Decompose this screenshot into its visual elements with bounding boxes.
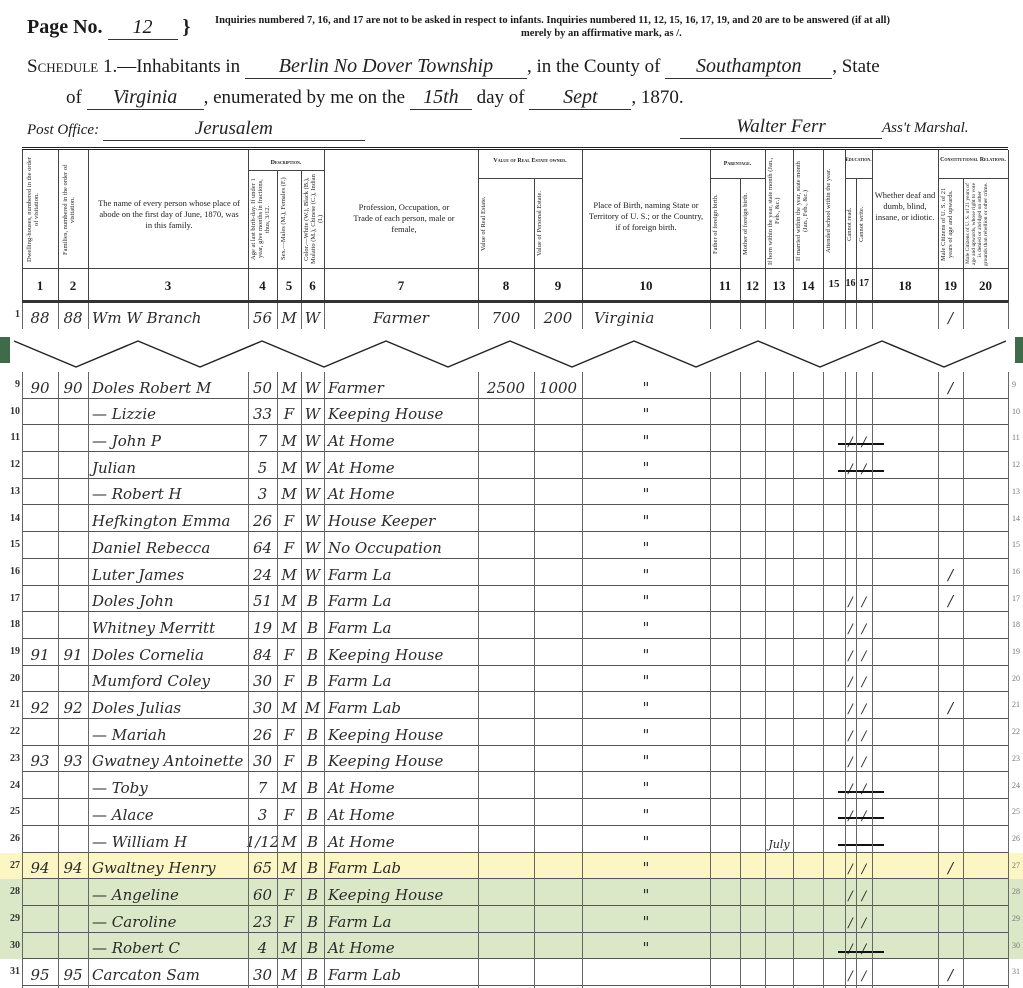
person-name: Doles Robert M <box>88 372 248 399</box>
table-row: 1818Whitney Merritt19MBFarm La"// <box>0 612 1023 639</box>
birthplace: " <box>582 559 710 586</box>
line-number: 18 <box>0 619 20 630</box>
color: B <box>301 666 324 693</box>
col-divider <box>740 372 741 988</box>
family-number: 94 <box>58 853 88 880</box>
col-number: 20 <box>963 278 1008 294</box>
col-number: 17 <box>856 278 872 289</box>
birthplace: " <box>582 719 710 746</box>
cannot-read-mark: / <box>845 906 856 933</box>
cannot-read-mark <box>845 506 856 533</box>
personal-estate-value <box>534 906 582 933</box>
col-divider <box>534 372 535 988</box>
sex: F <box>277 506 301 533</box>
col5-header: Sex.—Males (M.), Females (F.) <box>280 174 300 264</box>
age: 3 <box>248 479 277 506</box>
real-estate-value <box>478 826 534 853</box>
occupation: Keeping House <box>324 719 478 746</box>
sex: M <box>277 773 301 800</box>
line-number-right: 29 <box>1012 914 1023 923</box>
age: 65 <box>248 853 277 880</box>
born-within-year-month <box>765 586 793 613</box>
cannot-write-mark: / <box>856 692 872 719</box>
family-number <box>58 532 88 559</box>
real-estate-value <box>478 692 534 719</box>
cannot-write-mark: / <box>856 906 872 933</box>
cannot-read-mark <box>845 532 856 559</box>
age: 30 <box>248 959 277 986</box>
person-name: Wm W Branch <box>88 303 248 329</box>
dwelling-number <box>22 906 58 933</box>
sex: M <box>277 959 301 986</box>
line-number-right: 31 <box>1012 967 1023 976</box>
cannot-write-mark: / <box>856 853 872 880</box>
personal-estate-value: 1000 <box>534 372 582 399</box>
personal-estate-value <box>534 452 582 479</box>
personal-estate-value <box>534 933 582 960</box>
month-field: Sept <box>529 86 631 110</box>
color: B <box>301 853 324 880</box>
census-table-body: 999090Doles Robert M50MWFarmer25001000"/… <box>0 372 1023 988</box>
family-number <box>58 933 88 960</box>
male-citizen-mark <box>938 425 963 452</box>
personal-estate-value <box>534 692 582 719</box>
group-education: Education. <box>845 157 872 164</box>
col-divider <box>22 303 23 329</box>
col-divider <box>710 303 711 329</box>
occupation: Farm La <box>324 586 478 613</box>
county-field: Southampton <box>665 55 832 79</box>
col20-header: Male Citizens of U. S. of 21 years of ag… <box>965 182 1006 266</box>
table-row: 2626— William H1/12MBAt Home"July <box>0 826 1023 853</box>
col1-header: Dwelling-houses, numbered in the order o… <box>26 156 54 264</box>
col-divider <box>88 372 89 988</box>
color: B <box>301 879 324 906</box>
person-name: Julian <box>88 452 248 479</box>
birthplace: " <box>582 692 710 719</box>
line-number: 20 <box>0 673 20 684</box>
birthplace: " <box>582 532 710 559</box>
occupation: No Occupation <box>324 532 478 559</box>
cannot-write-mark: / <box>856 612 872 639</box>
line-number: 19 <box>0 646 20 657</box>
cannot-write-mark: / <box>856 959 872 986</box>
age: 84 <box>248 639 277 666</box>
group-underline <box>478 178 582 179</box>
table-row: 1111— John P7MWAt Home"// <box>0 425 1023 452</box>
table-row: 2020Mumford Coley30FBFarm La"// <box>0 666 1023 693</box>
line-number: 10 <box>0 406 20 417</box>
born-within-year-month <box>765 692 793 719</box>
real-estate-value <box>478 639 534 666</box>
cannot-read-mark <box>845 399 856 426</box>
occupation: Keeping House <box>324 639 478 666</box>
born-within-year-month <box>765 773 793 800</box>
male-citizen-mark <box>938 906 963 933</box>
line-number: 1 <box>0 309 20 320</box>
dwelling-number <box>22 612 58 639</box>
age: 5 <box>248 452 277 479</box>
color: W <box>301 425 324 452</box>
dwelling-number <box>22 479 58 506</box>
person-name: — Angeline <box>88 879 248 906</box>
col-number: 4 <box>248 278 277 294</box>
male-citizen-mark <box>938 399 963 426</box>
col3-header: The name of every person whose place of … <box>96 198 242 231</box>
header-divider <box>22 268 1008 269</box>
table-row: 1616Luter James24MWFarm La"/ <box>0 559 1023 586</box>
col-divider <box>963 303 964 329</box>
sex: F <box>277 719 301 746</box>
cannot-write-mark: / <box>856 773 872 800</box>
col-number: 13 <box>765 278 793 294</box>
col-divider <box>478 303 479 329</box>
male-citizen-mark: / <box>938 692 963 719</box>
male-citizen-mark: / <box>938 559 963 586</box>
line-number: 9 <box>0 379 20 390</box>
schedule-label: Schedule <box>27 56 98 77</box>
cannot-read-mark: / <box>845 639 856 666</box>
age: 26 <box>248 719 277 746</box>
born-within-year-month <box>765 906 793 933</box>
col-divider <box>582 372 583 988</box>
group-underline <box>938 178 1008 179</box>
col-divider <box>856 303 857 329</box>
table-row: 23239393Gwatney Antoinette30FBKeeping Ho… <box>0 746 1023 773</box>
occupation: House Keeper <box>324 506 478 533</box>
age: 64 <box>248 532 277 559</box>
cannot-read-mark: / <box>845 773 856 800</box>
group-constitutional: Constitutional Relations. <box>938 157 1008 164</box>
cannot-read-mark <box>845 559 856 586</box>
col-number: 12 <box>740 278 765 294</box>
color: W <box>301 532 324 559</box>
personal-estate-value <box>534 479 582 506</box>
male-citizen-mark: / <box>938 372 963 399</box>
occupation: Farmer <box>324 372 478 399</box>
dwelling-number <box>22 532 58 559</box>
cannot-write-mark: / <box>856 425 872 452</box>
born-within-year-month <box>765 719 793 746</box>
personal-estate-value <box>534 879 582 906</box>
age: 26 <box>248 506 277 533</box>
col-divider <box>793 303 794 329</box>
birthplace: " <box>582 853 710 880</box>
cannot-read-mark: / <box>845 452 856 479</box>
dwelling-number <box>22 586 58 613</box>
person-name: Mumford Coley <box>88 666 248 693</box>
color: W <box>301 559 324 586</box>
person-name: Doles John <box>88 586 248 613</box>
male-citizen-mark <box>938 719 963 746</box>
family-number: 88 <box>58 303 88 329</box>
col-number: 11 <box>710 278 740 294</box>
color: W <box>301 399 324 426</box>
group-real-estate: Value of Real Estate owned. <box>478 158 582 165</box>
male-citizen-mark: / <box>938 959 963 986</box>
col-number: 7 <box>324 278 478 294</box>
male-citizen-mark <box>938 826 963 853</box>
col7-header: Profession, Occupation, or Trade of each… <box>352 202 456 235</box>
line-number-right: 13 <box>1012 487 1023 496</box>
cannot-write-mark: / <box>856 719 872 746</box>
real-estate-value <box>478 479 534 506</box>
personal-estate-value <box>534 799 582 826</box>
line-number-right: 22 <box>1012 727 1023 736</box>
occupation: Farm Lab <box>324 692 478 719</box>
personal-estate-value <box>534 425 582 452</box>
color: B <box>301 799 324 826</box>
line-number: 22 <box>0 726 20 737</box>
person-name: — Mariah <box>88 719 248 746</box>
real-estate-value <box>478 773 534 800</box>
personal-estate-value <box>534 853 582 880</box>
person-name: Hefkington Emma <box>88 506 248 533</box>
line-number-right: 24 <box>1012 781 1023 790</box>
occupation: Farmer <box>324 303 478 329</box>
group-description: Description. <box>248 160 324 167</box>
col2-header: Families, numbered in the order of visit… <box>62 156 86 264</box>
real-estate-value <box>478 612 534 639</box>
state-label: , State <box>832 56 880 77</box>
col8-header: Value of Real Estate. <box>480 182 532 266</box>
group-underline <box>248 170 324 171</box>
person-name: Doles Julias <box>88 692 248 719</box>
col-divider <box>845 303 846 329</box>
birthplace: " <box>582 799 710 826</box>
personal-estate-value: 200 <box>534 303 582 329</box>
cannot-write-mark <box>856 399 872 426</box>
col-divider <box>324 372 325 988</box>
marshal-signature-line: Walter FerrAss't Marshal. <box>680 116 969 139</box>
cannot-read-mark: / <box>845 933 856 960</box>
dwelling-number: 90 <box>22 372 58 399</box>
col-divider <box>938 372 939 988</box>
col10-header: Place of Birth, naming State or Territor… <box>586 200 706 233</box>
dwelling-number <box>22 399 58 426</box>
dwelling-number <box>22 826 58 853</box>
birthplace: " <box>582 586 710 613</box>
occupation: Farm La <box>324 666 478 693</box>
male-citizen-mark <box>938 639 963 666</box>
real-estate-value <box>478 959 534 986</box>
col-divider <box>1008 372 1009 988</box>
line-number-right: 28 <box>1012 887 1023 896</box>
born-within-year-month <box>765 506 793 533</box>
sex: M <box>277 853 301 880</box>
table-row: 2222— Mariah26FBKeeping House"// <box>0 719 1023 746</box>
family-number <box>58 612 88 639</box>
cannot-read-mark: / <box>845 853 856 880</box>
person-name: Luter James <box>88 559 248 586</box>
line-number-right: 25 <box>1012 807 1023 816</box>
real-estate-value <box>478 799 534 826</box>
line-number-right: 10 <box>1012 407 1023 416</box>
occupation: Farm La <box>324 559 478 586</box>
line-number-right: 17 <box>1012 594 1023 603</box>
table-row: 2525— Alace3FBAt Home"// <box>0 799 1023 826</box>
male-citizen-mark <box>938 799 963 826</box>
cannot-read-mark: / <box>845 612 856 639</box>
real-estate-value <box>478 559 534 586</box>
cannot-read-mark: / <box>845 692 856 719</box>
sex: F <box>277 399 301 426</box>
male-citizen-mark <box>938 506 963 533</box>
born-within-year-month <box>765 479 793 506</box>
sex: F <box>277 746 301 773</box>
birthplace: " <box>582 826 710 853</box>
birthplace: " <box>582 479 710 506</box>
cannot-write-mark <box>856 826 872 853</box>
birthplace: " <box>582 933 710 960</box>
notice-line-2: merely by an affirmative mark, as /. <box>215 27 1015 40</box>
col-number: 5 <box>277 278 301 294</box>
age: 19 <box>248 612 277 639</box>
occupation: Farm Lab <box>324 959 478 986</box>
col-divider <box>301 303 302 329</box>
occupation: Farm La <box>324 906 478 933</box>
line-number: 23 <box>0 753 20 764</box>
age: 30 <box>248 746 277 773</box>
born-within-year-month: July <box>765 826 793 853</box>
family-number: 93 <box>58 746 88 773</box>
family-number: 95 <box>58 959 88 986</box>
page-number-label: Page No. 12 } <box>27 16 190 40</box>
line-number-right: 15 <box>1012 540 1023 549</box>
color: W <box>301 372 324 399</box>
occupation: Keeping House <box>324 746 478 773</box>
personal-estate-value <box>534 612 582 639</box>
line-number: 29 <box>0 913 20 924</box>
color: M <box>301 692 324 719</box>
col-divider <box>765 372 766 988</box>
col-divider <box>856 372 857 988</box>
enumeration-line: of Virginia, enumerated by me on the 15t… <box>66 86 684 110</box>
cannot-write-mark: / <box>856 639 872 666</box>
family-number <box>58 506 88 533</box>
dwelling-number <box>22 425 58 452</box>
family-number <box>58 425 88 452</box>
personal-estate-value <box>534 532 582 559</box>
cannot-read-mark: / <box>845 719 856 746</box>
state-field: Virginia <box>87 86 204 110</box>
male-citizen-mark <box>938 746 963 773</box>
table-row: 21219292Doles Julias30MMFarm Lab"/// <box>0 692 1023 719</box>
line-number-right: 26 <box>1012 834 1023 843</box>
birthplace: " <box>582 506 710 533</box>
born-within-year-month <box>765 853 793 880</box>
family-number <box>58 773 88 800</box>
family-number <box>58 559 88 586</box>
color: B <box>301 933 324 960</box>
col16-header: Cannot read. <box>846 182 856 266</box>
line-number: 26 <box>0 833 20 844</box>
cannot-write-mark <box>856 532 872 559</box>
table-row-line-1: 1 88 88 Wm W Branch 56 M W Farmer 700 20… <box>0 303 1023 329</box>
col-divider <box>740 303 741 329</box>
family-number <box>58 799 88 826</box>
sex: F <box>277 879 301 906</box>
age: 7 <box>248 773 277 800</box>
real-estate-value <box>478 719 534 746</box>
real-estate-value <box>478 506 534 533</box>
table-row: 2929— Caroline23FBFarm La"// <box>0 906 1023 933</box>
row-divider <box>22 985 1008 986</box>
sex: F <box>277 532 301 559</box>
dwelling-number <box>22 799 58 826</box>
col-divider <box>277 303 278 329</box>
county-label: , in the County of <box>527 56 661 77</box>
post-office-label: Post Office: <box>27 122 99 138</box>
col14-header: If married within the year, state month … <box>795 156 821 266</box>
cannot-write-mark <box>856 506 872 533</box>
dwelling-number: 88 <box>22 303 58 329</box>
cannot-read-mark: / <box>845 746 856 773</box>
born-within-year-month <box>765 799 793 826</box>
occupation: At Home <box>324 933 478 960</box>
born-within-year-month <box>765 666 793 693</box>
born-within-year-month <box>765 425 793 452</box>
real-estate-value: 2500 <box>478 372 534 399</box>
color: B <box>301 959 324 986</box>
dwelling-number: 94 <box>22 853 58 880</box>
line-number: 24 <box>0 780 20 791</box>
cannot-read-mark: / <box>845 799 856 826</box>
color: B <box>301 746 324 773</box>
real-estate-value <box>478 425 534 452</box>
col9-header: Value of Personal Estate. <box>536 182 580 266</box>
col-divider <box>765 303 766 329</box>
age: 24 <box>248 559 277 586</box>
family-number <box>58 826 88 853</box>
male-citizen-mark <box>938 773 963 800</box>
color: B <box>301 639 324 666</box>
sex: M <box>277 933 301 960</box>
birthplace: " <box>582 452 710 479</box>
birthplace: " <box>582 425 710 452</box>
person-name: — Toby <box>88 773 248 800</box>
family-number <box>58 479 88 506</box>
of-label: of <box>66 87 82 108</box>
line-number-right: 18 <box>1012 620 1023 629</box>
post-office-field: Jerusalem <box>103 118 365 141</box>
real-estate-value <box>478 452 534 479</box>
day-of-label: day of <box>477 87 525 108</box>
table-row: 31319595Carcaton Sam30MBFarm Lab/// <box>0 959 1023 986</box>
line-number: 28 <box>0 886 20 897</box>
family-number: 91 <box>58 639 88 666</box>
year-label: , 1870. <box>631 87 683 108</box>
col-divider <box>963 372 964 988</box>
sex: M <box>277 452 301 479</box>
col-divider <box>582 303 583 329</box>
line-number-right: 11 <box>1012 433 1023 442</box>
col17-header: Cannot write. <box>858 182 871 266</box>
table-row: 1717Doles John51MBFarm La"/// <box>0 586 1023 613</box>
occupation: Farm Lab <box>324 853 478 880</box>
line-number: 11 <box>0 432 20 443</box>
color: B <box>301 586 324 613</box>
col-divider <box>22 372 23 988</box>
line-number: 14 <box>0 513 20 524</box>
table-row: 1010— Lizzie33FWKeeping House" <box>0 399 1023 426</box>
col-divider <box>1008 150 1009 303</box>
schedule-text: 1.—Inhabitants in <box>103 56 240 77</box>
born-within-year-month <box>765 532 793 559</box>
dwelling-number: 95 <box>22 959 58 986</box>
birthplace: " <box>582 612 710 639</box>
family-number <box>58 879 88 906</box>
